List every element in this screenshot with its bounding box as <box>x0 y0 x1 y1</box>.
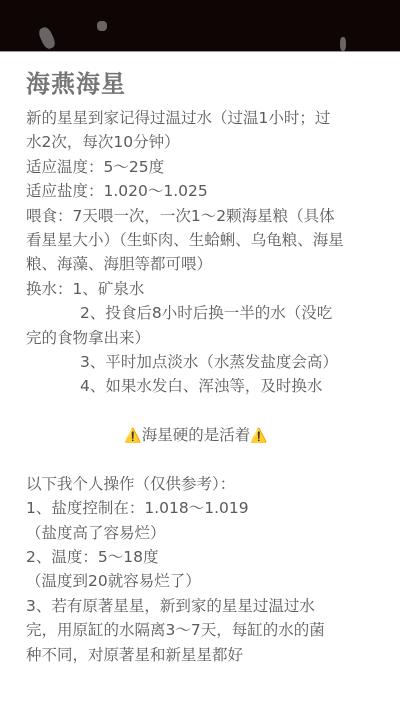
text-line: 2、温度：5～18度 <box>26 545 396 569</box>
spacer <box>26 399 396 423</box>
text-line: 新的星星到家记得过温过水（过温1小时；过 <box>26 106 396 130</box>
text-line: 完的食物拿出来） <box>26 326 396 350</box>
header-photo <box>0 0 400 52</box>
text-line: 3、若有原著星星，新到家的星星过温过水 <box>26 594 396 618</box>
article-title: 海燕海星 <box>26 64 126 99</box>
warning-icon: ⚠️ <box>124 424 141 448</box>
text-line: 换水：1、矿泉水 <box>26 277 396 301</box>
text-line: （温度到20就容易烂了） <box>26 569 396 593</box>
text-line: 完，用原缸的水隔离3～7天，每缸的水的菌 <box>26 618 396 642</box>
text-line: 看星星大小）（生虾肉、生蛤蜊、乌龟粮、海星 <box>26 228 396 252</box>
text-line: 3、平时加点淡水（水蒸发盐度会高） <box>26 350 396 374</box>
text-line: 粮、海藻、海胆等都可喂） <box>26 252 396 276</box>
text-line: 2、投食后8小时后换一半的水（没吃 <box>26 301 396 325</box>
spacer <box>26 447 396 471</box>
warning-text: 海星硬的是活着 <box>142 426 251 444</box>
text-line: 水2次，每次10分钟） <box>26 130 396 154</box>
text-line: 4、如果水发白、浑浊等，及时换水 <box>26 374 396 398</box>
text-line: 适应温度：5～25度 <box>26 155 396 179</box>
text-line: 种不同，对原著星和新星星都好 <box>26 643 396 667</box>
text-line: 以下我个人操作（仅供参考）： <box>26 472 396 496</box>
text-line: 适应盐度：1.020～1.025 <box>26 179 396 203</box>
text-line: （盐度高了容易烂） <box>26 521 396 545</box>
article-body: 新的星星到家记得过温过水（过温1小时；过 水2次，每次10分钟） 适应温度：5～… <box>26 106 396 667</box>
photo-speck <box>37 25 57 50</box>
text-line: 喂食：7天喂一次，一次1～2颗海星粮（具体 <box>26 204 396 228</box>
photo-speck <box>340 37 346 51</box>
text-line: 1、盐度控制在：1.018～1.019 <box>26 496 396 520</box>
warning-line: ⚠️海星硬的是活着⚠️ <box>26 423 366 447</box>
warning-icon: ⚠️ <box>250 424 267 448</box>
photo-speck <box>97 21 107 31</box>
